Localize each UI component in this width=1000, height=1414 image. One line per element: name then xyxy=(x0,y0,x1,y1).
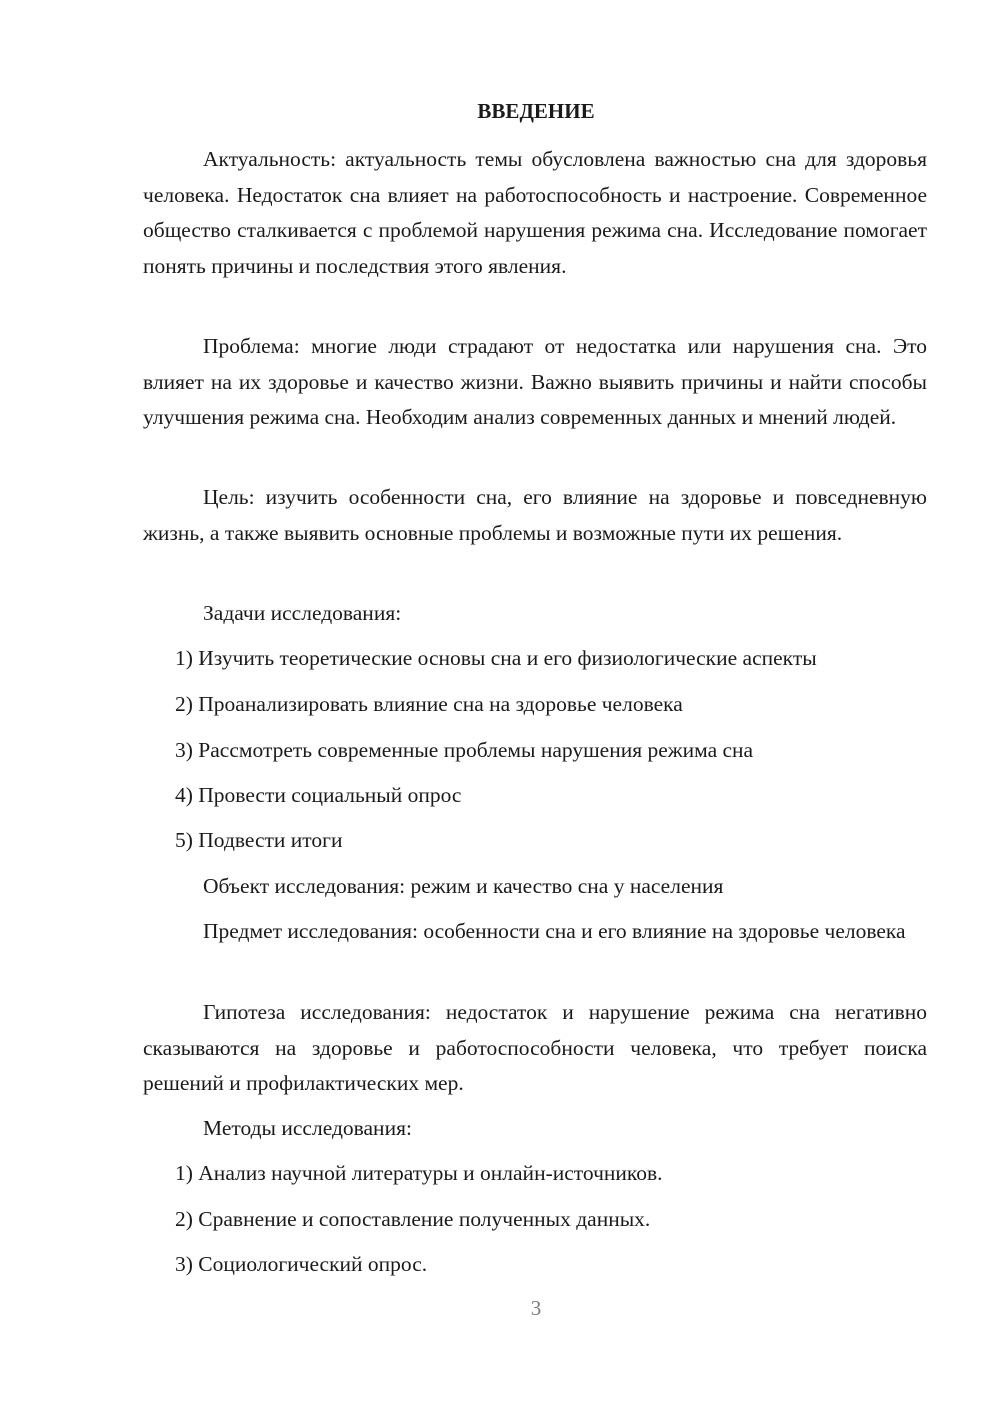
methods-heading: Методы исследования: xyxy=(203,1113,412,1143)
list-item-task-5: 5) Подвести итоги xyxy=(175,825,343,855)
paragraph-relevance: Актуальность: актуальность темы обусловл… xyxy=(143,142,927,285)
paragraph-object: Объект исследования: режим и качество сн… xyxy=(203,871,723,901)
paragraph-goal: Цель: изучить особенности сна, его влиян… xyxy=(143,480,927,551)
list-item-task-1: 1) Изучить теоретические основы сна и ег… xyxy=(175,643,817,673)
tasks-heading: Задачи исследования: xyxy=(203,598,401,628)
list-item-task-3: 3) Рассмотреть современные проблемы нару… xyxy=(175,735,753,765)
list-item-method-2: 2) Сравнение и сопоставление полученных … xyxy=(175,1204,650,1234)
section-title: ВВЕДЕНИЕ xyxy=(0,96,1000,126)
page-number: 3 xyxy=(0,1296,1000,1321)
paragraph-problem: Проблема: многие люди страдают от недост… xyxy=(143,329,927,436)
list-item-task-2: 2) Проанализировать влияние сна на здоро… xyxy=(175,689,683,719)
list-item-task-4: 4) Провести социальный опрос xyxy=(175,780,461,810)
document-page: ВВЕДЕНИЕ Актуальность: актуальность темы… xyxy=(0,0,1000,1414)
paragraph-subject: Предмет исследования: особенности сна и … xyxy=(143,914,927,950)
list-item-method-3: 3) Социологический опрос. xyxy=(175,1249,427,1279)
paragraph-hypothesis: Гипотеза исследования: недостаток и нару… xyxy=(143,995,927,1102)
list-item-method-1: 1) Анализ научной литературы и онлайн-ис… xyxy=(175,1158,663,1188)
